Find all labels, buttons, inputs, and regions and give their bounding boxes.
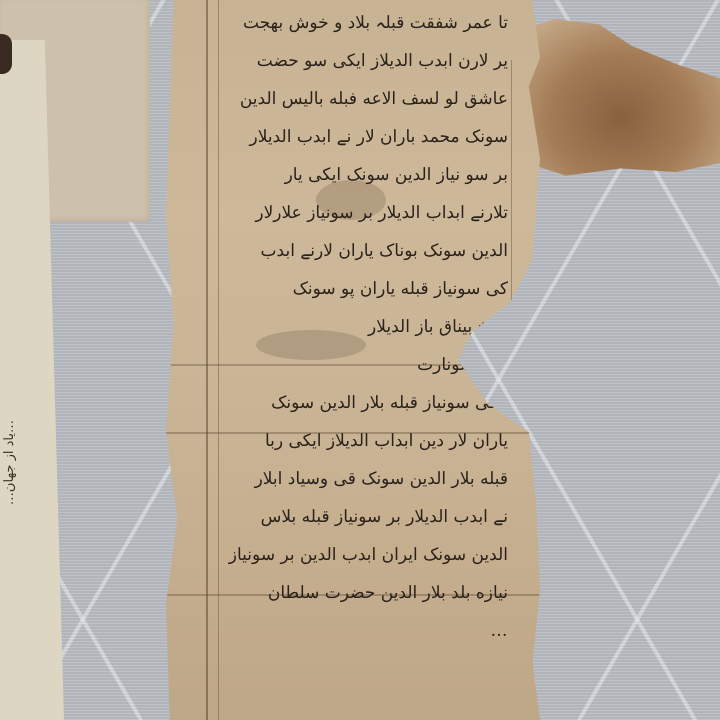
manuscript-text: تا عمر شفقت قبلہ بلاد و خوش بهجت یر لارن… [212,4,508,650]
left-strip-handwriting: …یاد از جهان… [2,420,18,505]
text-line: یاران لار دین ابداب الدیلاز ایکی ربا [212,422,508,460]
text-line: سونک محمد باران لار نے ابدب الدیلار [212,118,508,156]
text-line: یر لارن ابدب الدیلاز ایکی سو حضت [212,42,508,80]
text-line: نیازه بلد بلار الدین حضرت سلطان [212,574,508,612]
text-line: کی سونیاز قبله یاران پو سونک [212,270,508,308]
text-line: شیخ بیناق باز الدیلار [212,308,508,346]
text-line: الدین سونک بوناک یاران لارنے ابدب [212,232,508,270]
ruled-margin-line [511,60,512,340]
dark-object-corner [0,34,12,74]
text-line: عاشق لو لسف الاعه فبله بالیس الدین [212,80,508,118]
text-line: تا عمر شفقت قبلہ بلاد و خوش بهجت [212,4,508,42]
text-line: الدین سونک ایران ابدب الدین بر سونیاز [212,536,508,574]
text-line: ایکی سونیاز قبله بلار الدین سونک [212,384,508,422]
text-line: بر سو نیاز الدین سونک ایکی یار [212,156,508,194]
text-line: قبله بلار الدین سونک قی وسیاد ابلار [212,460,508,498]
text-line: … [212,612,508,650]
text-line: تلارنے ابداب الدیلار بر سونیاز علارلار [212,194,508,232]
text-line: نے ابدب الدیلار بر سونیاز قبله بلاس [212,498,508,536]
ruled-margin-line [206,0,208,720]
